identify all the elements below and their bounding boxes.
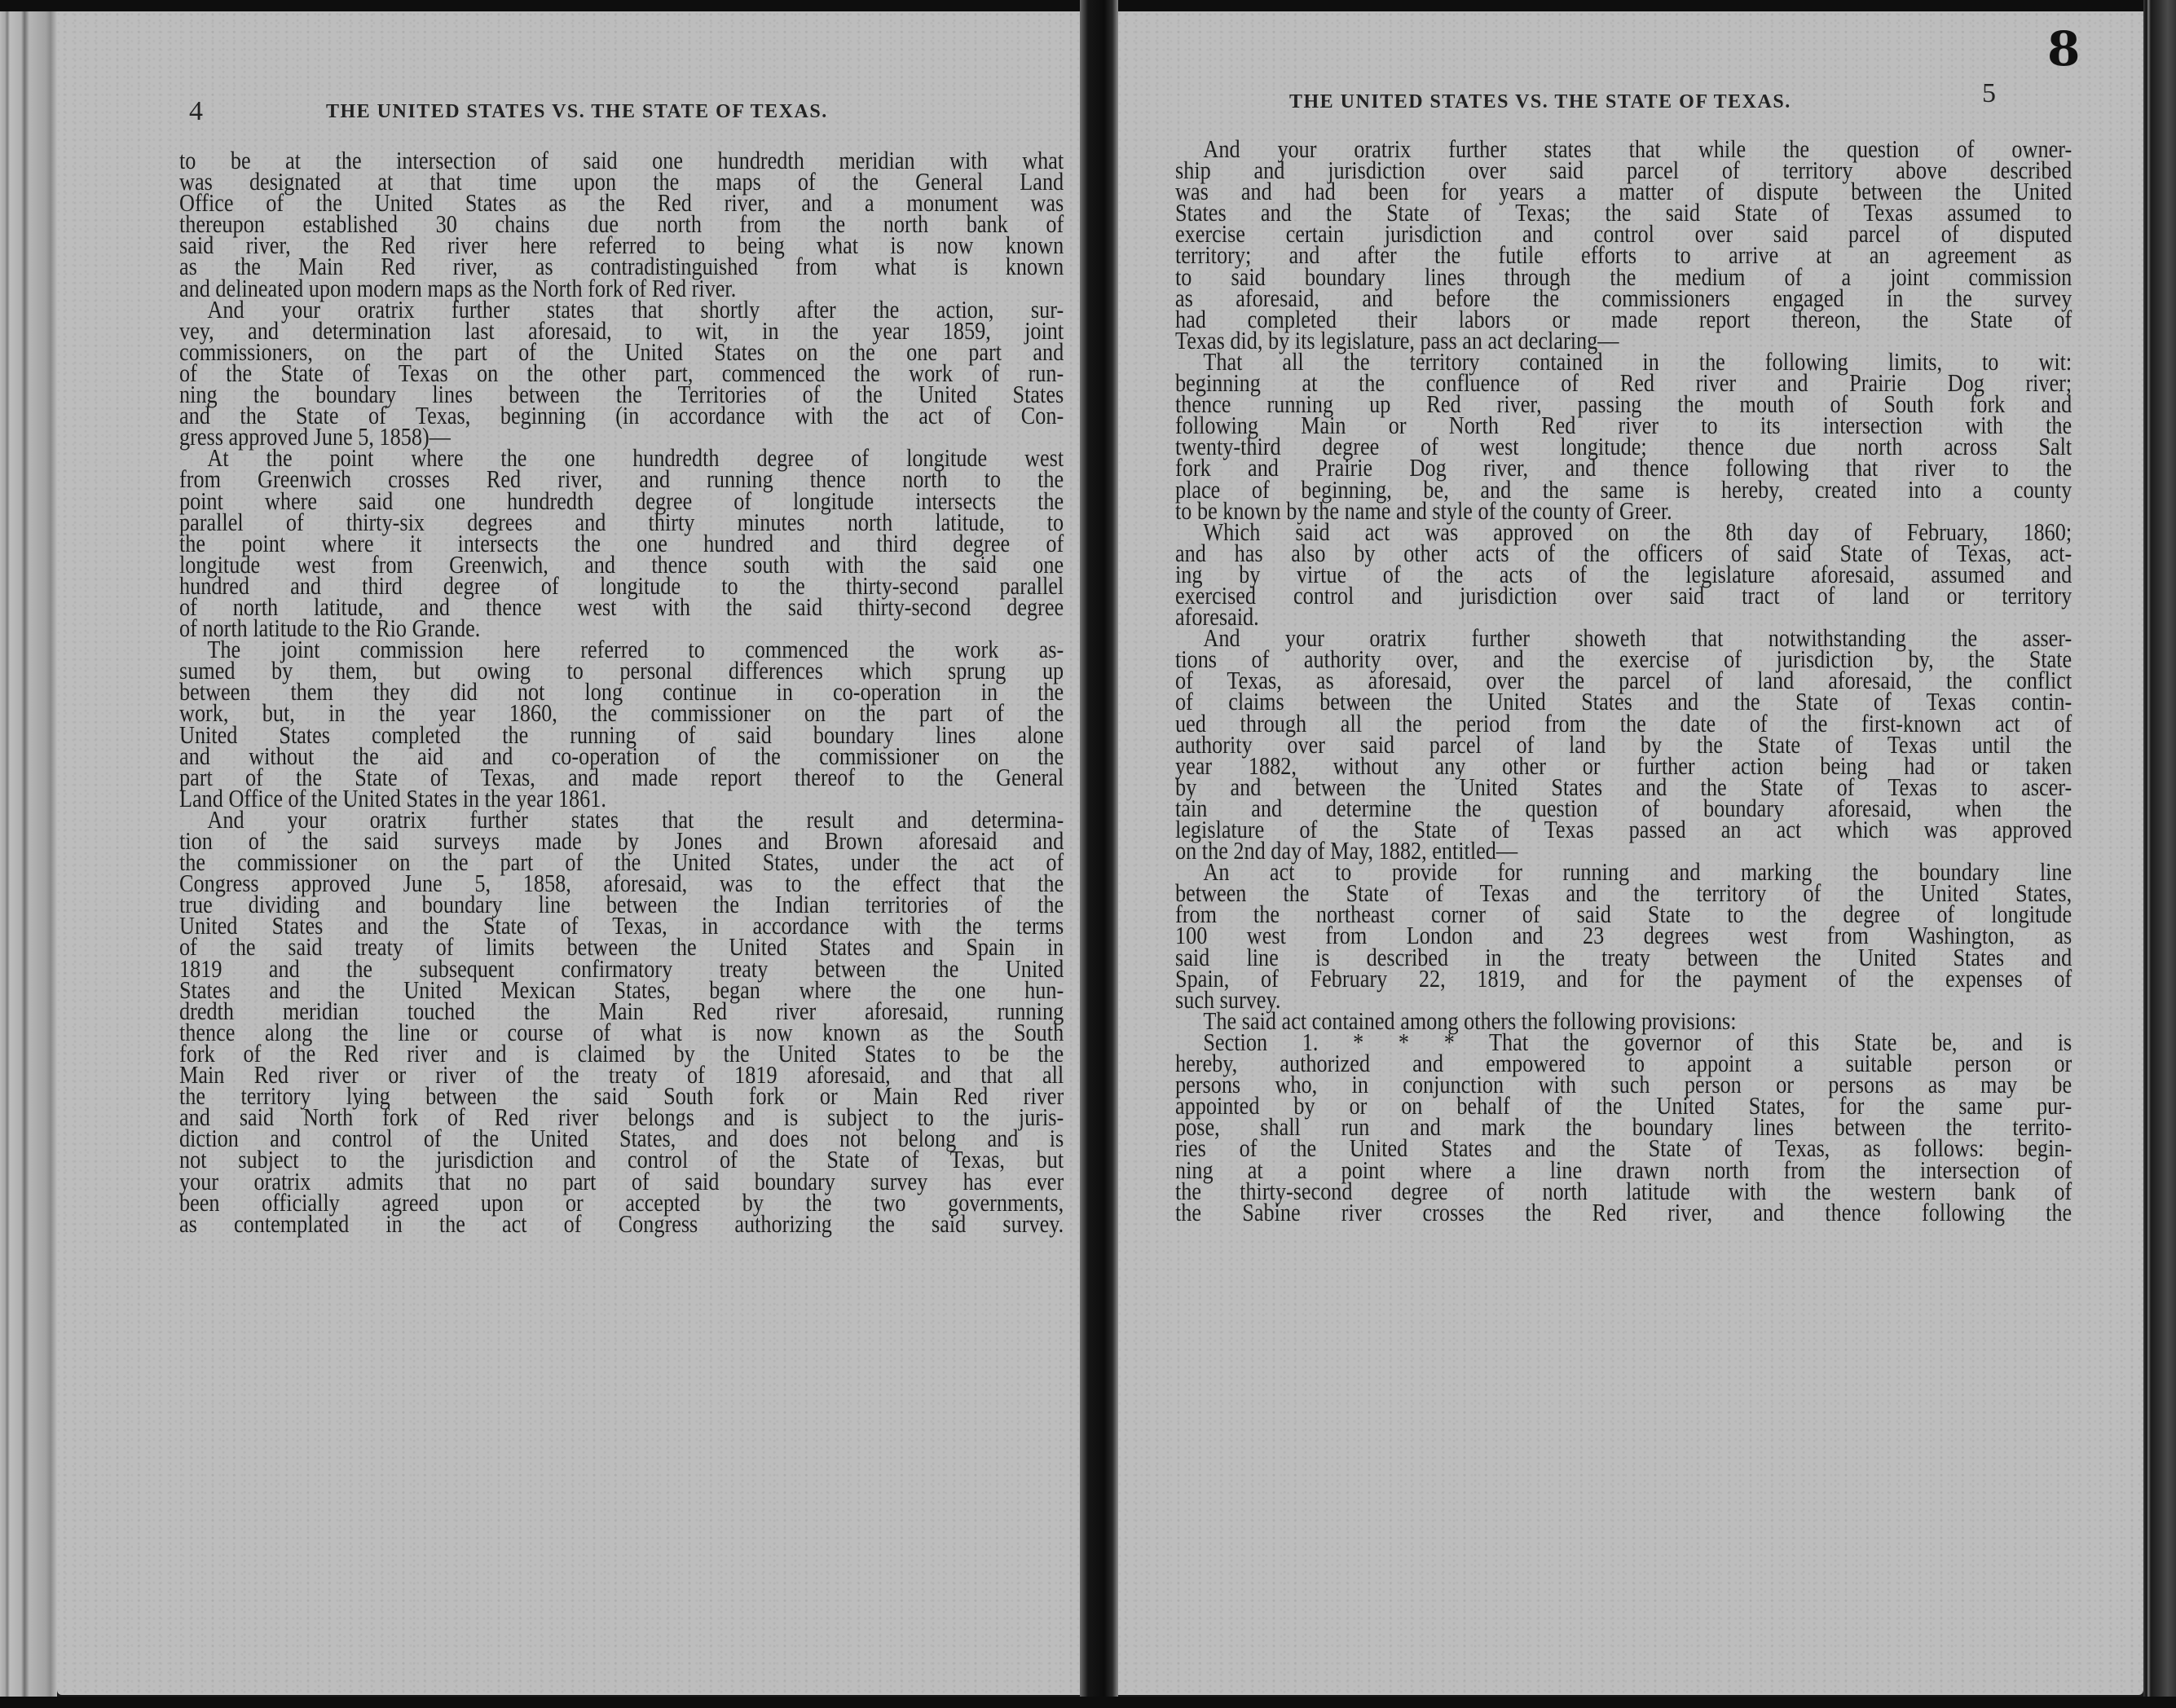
text-line: exercised control and jurisdiction over …: [1175, 585, 2072, 606]
book-binding-right-edge: [2143, 0, 2176, 1708]
scan-bottom-edge: [0, 1697, 2176, 1708]
text-line: as contemplated in the act of Congress a…: [179, 1213, 1064, 1235]
left-running-head: THE UNITED STATES VS. THE STATE OF TEXAS…: [326, 101, 828, 123]
left-page: 4 THE UNITED STATES VS. THE STATE OF TEX…: [57, 11, 1080, 1695]
book-binding-left-edge: [0, 11, 57, 1698]
left-page-body-text: to be at the intersection of said one hu…: [179, 150, 1064, 1235]
right-page-body-text: And your oratrix further states that whi…: [1175, 139, 2072, 1223]
right-page: 8 THE UNITED STATES VS. THE STATE OF TEX…: [1118, 11, 2143, 1695]
book-gutter: [1080, 0, 1118, 1708]
right-running-head: THE UNITED STATES VS. THE STATE OF TEXAS…: [1289, 91, 1791, 113]
folio-stamp: 8: [2047, 21, 2080, 77]
text-line: Spain, of February 22, 1819, and for the…: [1175, 968, 2072, 989]
left-page-number: 4: [189, 96, 203, 127]
right-page-number: 5: [1982, 78, 1996, 109]
text-line: the Sabine river crosses the Red river, …: [1175, 1202, 2072, 1223]
